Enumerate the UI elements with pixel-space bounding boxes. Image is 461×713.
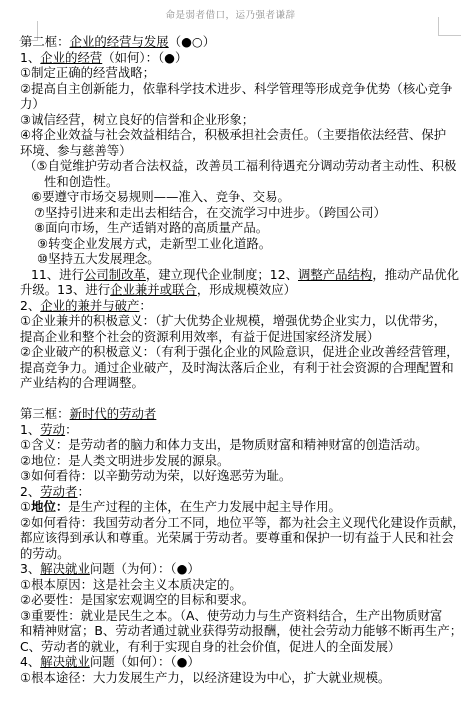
- text-line: 的劳动。: [20, 546, 447, 562]
- text-line: ③诚信经营，树立良好的信誉和企业形象；: [20, 112, 447, 128]
- text-line: 产业结构的合理调整。: [20, 375, 447, 391]
- text-line: 和精神财富；B、劳动者通过就业获得劳动报酬，使社会劳动力能够不断再生产；: [20, 623, 447, 639]
- text-line: C、劳动者的就业，有利于实现自身的社会价值，促进人的全面发展）: [20, 639, 447, 655]
- text-line: ④将企业效益与社会效益相结合，积极承担社会责任。（主要指依法经营、保护: [20, 127, 447, 143]
- document-body: 第二框：企业的经营与发展（●○）1、企业的经营（如何）：（●）①制定正确的经营战…: [20, 34, 447, 685]
- text-line: ⑥要遵守市场交易规则——准入、竞争、交易。: [20, 189, 447, 205]
- text-line: 1、企业的经营（如何）：（●）: [20, 50, 447, 66]
- text-line: 11、进行公司制改革，建立现代企业制度；12、调整产品结构，推动产品优化: [20, 267, 447, 283]
- text-line: 升级。13、进行企业兼并或联合，形成规模效应）: [20, 282, 447, 298]
- text-line: ②提高自主创新能力，依靠科学技术进步、科学管理等形成竞争优势（核心竞争: [20, 81, 447, 97]
- text-line: 第二框：企业的经营与发展（●○）: [20, 34, 447, 50]
- text-line: ⑩坚持五大发展理念。: [20, 251, 447, 267]
- text-line: ②如何看待：我国劳动者分工不同，地位平等，都为社会主义现代化建设作贡献，: [20, 515, 447, 531]
- text-line: ①含义：是劳动者的脑力和体力支出，是物质财富和精神财富的创造活动。: [20, 437, 447, 453]
- text-line: ①根本原因：这是社会主义本质决定的。: [20, 577, 447, 593]
- text-line: 环境、参与慈善等）: [20, 143, 447, 159]
- document-page: 命是弱者借口，运乃强者谦辞 第二框：企业的经营与发展（●○）1、企业的经营（如何…: [0, 0, 461, 713]
- page-header-note: 命是弱者借口，运乃强者谦辞: [0, 7, 461, 21]
- text-line: ①制定正确的经营战略；: [20, 65, 447, 81]
- text-line: ③重要性：就业是民生之本。（A、使劳动力与生产资料结合，生产出物质财富: [20, 608, 447, 624]
- text-line: [20, 391, 447, 407]
- text-line: 4、解决就业问题（如何）：（●）: [20, 654, 447, 670]
- text-line: 2、劳动者：: [20, 484, 447, 500]
- text-line: ①地位：是生产过程的主体，在生产力发展中起主导作用。: [20, 499, 447, 515]
- text-line: ⑨转变企业发展方式，走新型工业化道路。: [20, 236, 447, 252]
- text-line: ⑧面向市场，生产适销对路的高质量产品。: [20, 220, 447, 236]
- text-line: ①企业兼并的积极意义：（扩大优势企业规模，增强优势企业实力，以优带劣，: [20, 313, 447, 329]
- text-line: 力）: [20, 96, 447, 112]
- text-line: ⑦坚持引进来和走出去相结合，在交流学习中进步。（跨国公司）: [20, 205, 447, 221]
- text-line: 性和创造性。: [20, 174, 447, 190]
- text-line: ③如何看待：以辛勤劳动为荣，以好逸恶劳为耻。: [20, 468, 447, 484]
- text-line: ②必要性：是国家宏观调空的目标和要求。: [20, 592, 447, 608]
- text-line: （⑤自觉维护劳动者合法权益，改善员工福利待遇充分调动劳动者主动性、积极: [20, 158, 447, 174]
- text-line: ①根本途径：大力发展生产力，以经济建设为中心，扩大就业规模。: [20, 670, 447, 686]
- text-line: ②地位：是人类文明进步发展的源泉。: [20, 453, 447, 469]
- text-line: 提高竞争力。通过企业破产，及时淘汰落后企业，有利于社会资源的合理配置和: [20, 360, 447, 376]
- text-line: 第三框：新时代的劳动者: [20, 406, 447, 422]
- text-line: 都应该得到承认和尊重。光荣属于劳动者。要尊重和保护一切有益于人民和社会: [20, 530, 447, 546]
- text-line: 1、劳动：: [20, 422, 447, 438]
- text-line: 3、解决就业问题（为何）：（●）: [20, 561, 447, 577]
- text-line: ②企业破产的积极意义：（有利于强化企业的风险意识，促进企业改善经营管理，: [20, 344, 447, 360]
- text-line: 提高企业和整个社会的资源利用效率，有益于促进国家经济发展）: [20, 329, 447, 345]
- text-line: 2、企业的兼并与破产：: [20, 298, 447, 314]
